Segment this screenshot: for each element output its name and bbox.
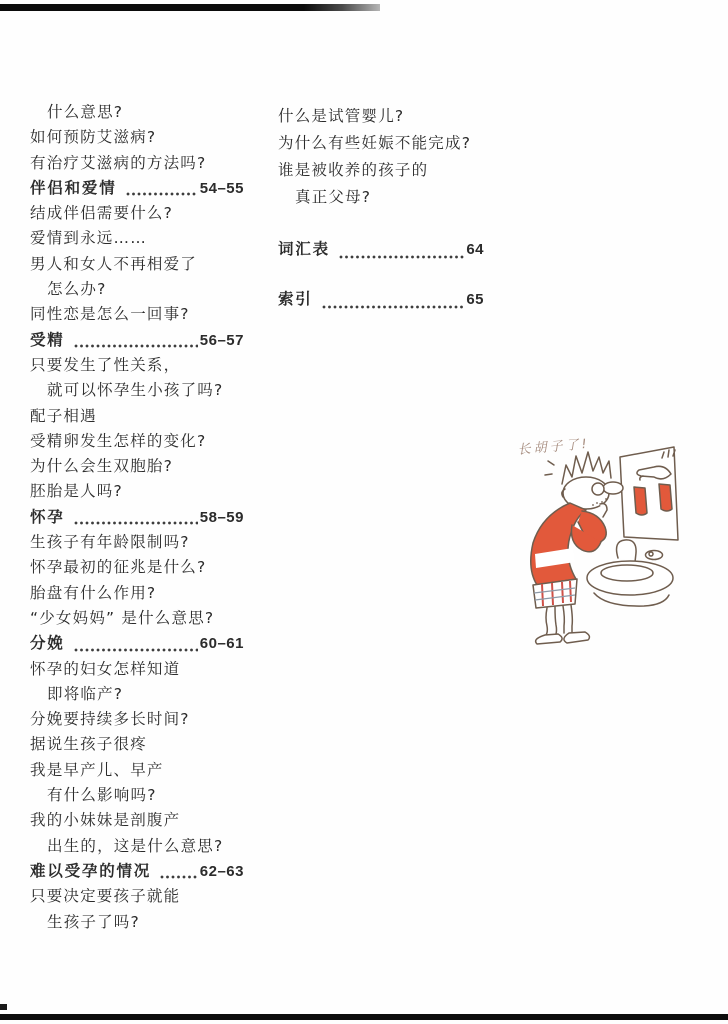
toc-entry-text: 爱情到永远…… xyxy=(30,226,147,248)
boy-mirror-illustration: 长胡子了! xyxy=(502,427,714,649)
toc-entry-text: 生孩子有年龄限制吗? xyxy=(30,530,190,552)
slipper-right xyxy=(564,632,590,643)
toc-section-entry: 难以受孕的情况62–63 xyxy=(30,859,244,884)
page-number: 65 xyxy=(466,291,484,308)
toc-entry-text: 据说生孩子很疼 xyxy=(30,732,147,754)
toc-entry-text: 词汇表 xyxy=(278,237,330,259)
toc-entry-text: 受精 xyxy=(30,328,65,350)
toc-entry-text: 我是早产儿、早产 xyxy=(30,758,164,780)
toc-question-entry: 配子相遇 xyxy=(30,404,244,429)
page-number: 54–55 xyxy=(200,180,244,197)
page-number: 58–59 xyxy=(200,509,244,526)
dotted-leader xyxy=(74,521,198,525)
toc-question-entry: 同性恋是怎么一回事? xyxy=(30,302,244,327)
toc-question-entry: 有治疗艾滋病的方法吗? xyxy=(30,151,244,176)
toc-question-entry: 我是早产儿、早产 xyxy=(30,758,244,783)
toc-entry-text: 怀孕最初的征兆是什么? xyxy=(30,555,206,577)
toc-section-entry: 伴侣和爱情54–55 xyxy=(30,176,244,201)
toc-entry-text: 结成伴侣需要什么? xyxy=(30,201,173,223)
toc-entry-text: 配子相遇 xyxy=(30,404,97,426)
toc-entry-text: 谁是被收养的孩子的 xyxy=(278,158,428,180)
toc-entry-text: 伴侣和爱情 xyxy=(30,176,117,198)
toc-question-entry: 什么意思? xyxy=(30,100,244,125)
top-scan-bar xyxy=(0,4,380,11)
toc-entry-text: 怎么办? xyxy=(30,277,107,299)
toc-entry-text: 出生的，这是什么意思? xyxy=(30,834,223,856)
toc-entry-text: 受精卵发生怎样的变化? xyxy=(30,429,206,451)
toc-question-entry: 只要决定要孩子就能 xyxy=(30,884,244,909)
toc-left-column: 什么意思?如何预防艾滋病?有治疗艾滋病的方法吗?伴侣和爱情54–55结成伴侣需要… xyxy=(30,100,244,935)
toc-entry-text: “少女妈妈” 是什么意思? xyxy=(30,606,214,628)
dotted-leader xyxy=(322,305,465,309)
toc-entry-text: 胚胎是人吗? xyxy=(30,479,123,501)
page-number: 64 xyxy=(466,241,484,258)
toc-entry-text: 如何预防艾滋病? xyxy=(30,125,156,147)
toc-question-entry: 即将临产? xyxy=(30,682,244,707)
toc-entry-text: 我的小妹妹是剖腹产 xyxy=(30,808,180,830)
sink xyxy=(587,540,673,606)
toc-entry-text: 有什么影响吗? xyxy=(30,783,157,805)
page-number: 62–63 xyxy=(200,863,244,880)
toc-question-entry: 胚胎是人吗? xyxy=(30,479,244,504)
toc-entry-text: 为什么会生双胞胎? xyxy=(30,454,173,476)
toc-entry-text: 生孩子了吗? xyxy=(30,910,140,932)
toc-entry-text: 索引 xyxy=(278,287,313,309)
toc-entry-text: 分娩要持续多长时间? xyxy=(30,707,190,729)
toc-question-entry: 结成伴侣需要什么? xyxy=(30,201,244,226)
toc-entry-text: 即将临产? xyxy=(30,682,123,704)
toc-right-column: 什么是试管婴儿?为什么有些妊娠不能完成?谁是被收养的孩子的真正父母?词汇表64索… xyxy=(278,104,484,314)
toc-entry-text: 真正父母? xyxy=(278,185,371,207)
toc-section-entry: 索引65 xyxy=(278,287,484,314)
toc-question-entry: 怀孕最初的征兆是什么? xyxy=(30,555,244,580)
toc-question-entry: 生孩子有年龄限制吗? xyxy=(30,530,244,555)
page-number: 56–57 xyxy=(200,332,244,349)
toc-entry-text: 有治疗艾滋病的方法吗? xyxy=(30,151,206,173)
toc-entry-text: 什么意思? xyxy=(30,100,123,122)
toc-entry-text: 只要发生了性关系， xyxy=(30,353,180,375)
glasses-lens xyxy=(592,483,604,495)
dotted-leader xyxy=(74,648,198,652)
toc-question-entry: 男人和女人不再相爱了 xyxy=(30,252,244,277)
toc-question-entry: 分娩要持续多长时间? xyxy=(30,707,244,732)
scanned-page: 什么意思?如何预防艾滋病?有治疗艾滋病的方法吗?伴侣和爱情54–55结成伴侣需要… xyxy=(0,0,728,1024)
toc-question-entry: 胎盘有什么作用? xyxy=(30,581,244,606)
toc-entry-text: 为什么有些妊娠不能完成? xyxy=(278,131,471,153)
toc-question-entry: 怎么办? xyxy=(30,277,244,302)
toc-question-entry: 真正父母? xyxy=(278,185,484,212)
toc-entry-text: 男人和女人不再相爱了 xyxy=(30,252,197,274)
toc-question-entry: 为什么会生双胞胎? xyxy=(30,454,244,479)
toc-question-entry: 受精卵发生怎样的变化? xyxy=(30,429,244,454)
toc-question-entry: 出生的，这是什么意思? xyxy=(30,834,244,859)
toc-question-entry: “少女妈妈” 是什么意思? xyxy=(30,606,244,631)
toc-entry-text: 怀孕的妇女怎样知道 xyxy=(30,657,180,679)
boy xyxy=(531,452,623,644)
illustration-caption: 长胡子了! xyxy=(517,437,590,458)
bottom-scan-bar xyxy=(0,1014,728,1020)
toc-question-entry: 怀孕的妇女怎样知道 xyxy=(30,657,244,682)
toc-question-entry: 什么是试管婴儿? xyxy=(278,104,484,131)
toc-question-entry: 生孩子了吗? xyxy=(30,910,244,935)
leg-left xyxy=(546,607,557,635)
toc-entry-text: 只要决定要孩子就能 xyxy=(30,884,180,906)
toc-question-entry: 只要发生了性关系， xyxy=(30,353,244,378)
toc-question-entry: 为什么有些妊娠不能完成? xyxy=(278,131,484,158)
hand xyxy=(600,504,607,517)
toc-entry-text: 就可以怀孕生小孩了吗? xyxy=(30,378,223,400)
dotted-leader xyxy=(160,875,198,879)
toc-question-entry: 谁是被收养的孩子的 xyxy=(278,158,484,185)
toc-section-entry: 词汇表64 xyxy=(278,237,484,264)
bottom-scan-mark xyxy=(0,1004,7,1010)
leg-right xyxy=(563,605,572,633)
toc-section-entry: 受精56–57 xyxy=(30,328,244,353)
dotted-leader xyxy=(74,344,198,348)
toc-entry-text: 分娩 xyxy=(30,631,65,653)
toc-question-entry: 我的小妹妹是剖腹产 xyxy=(30,808,244,833)
toc-section-entry: 分娩60–61 xyxy=(30,631,244,656)
toc-question-entry: 如何预防艾滋病? xyxy=(30,125,244,150)
toc-entry-text: 胎盘有什么作用? xyxy=(30,581,156,603)
nose xyxy=(603,482,623,494)
toc-question-entry: 就可以怀孕生小孩了吗? xyxy=(30,378,244,403)
dotted-leader xyxy=(339,255,464,259)
toc-entry-text: 什么是试管婴儿? xyxy=(278,104,404,126)
toc-entry-text: 难以受孕的情况 xyxy=(30,859,151,881)
toc-question-entry: 据说生孩子很疼 xyxy=(30,732,244,757)
toc-question-entry: 有什么影响吗? xyxy=(30,783,244,808)
toc-question-entry: 爱情到永远…… xyxy=(30,226,244,251)
toc-entry-text: 怀孕 xyxy=(30,505,65,527)
mirror xyxy=(620,447,678,540)
page-number: 60–61 xyxy=(200,635,244,652)
toc-entry-text: 同性恋是怎么一回事? xyxy=(30,302,190,324)
slipper-left xyxy=(536,634,562,644)
dotted-leader xyxy=(126,192,198,196)
toc-section-entry: 怀孕58–59 xyxy=(30,505,244,530)
